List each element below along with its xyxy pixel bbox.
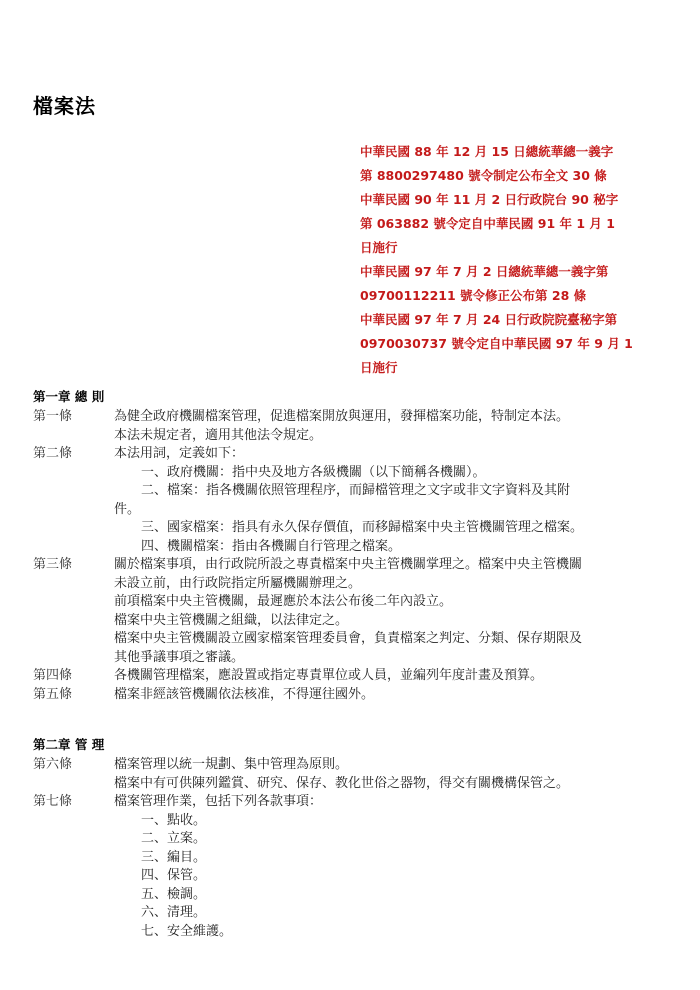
list-item: 一、點收。 [114,812,673,831]
history-line: 中華民國 97 年 7 月 2 日總統華總一義字第 [360,260,650,284]
article-label: 第七條 [33,793,114,941]
paragraph: 未設立前，由行政院指定所屬機關辦理之。 [114,575,673,594]
definition-item: 一、政府機關：指中央及地方各級機關（以下簡稱各機關）。 [114,464,673,483]
paragraph: 檔案中央主管機關之組織，以法律定之。 [114,612,673,631]
article-label: 第四條 [33,667,114,686]
list-item: 六、清理。 [114,904,673,923]
article-text: 為健全政府機關檔案管理，促進檔案開放與運用，發揮檔案功能，特制定本法。 本法未規… [114,408,673,445]
history-line: 中華民國 97 年 7 月 24 日行政院院臺秘字第 [360,308,650,332]
paragraph: 關於檔案事項，由行政院所設之專責檔案中央主管機關掌理之。檔案中央主管機關 [114,556,673,575]
definition-item: 四、機關檔案：指由各機關自行管理之檔案。 [114,538,673,557]
history-line: 中華民國 88 年 12 月 15 日總統華總一義字 [360,140,650,164]
law-body: 第一章 總 則 第一條 為健全政府機關檔案管理，促進檔案開放與運用，發揮檔案功能… [33,386,673,941]
paragraph: 各機關管理檔案，應設置或指定專責單位或人員，並編列年度計畫及預算。 [114,667,673,686]
paragraph: 檔案中有可供陳列鑑賞、研究、保存、教化世俗之器物，得交有關機構保管之。 [114,775,673,794]
paragraph: 前項檔案中央主管機關，最遲應於本法公布後二年內設立。 [114,593,673,612]
article-label: 第三條 [33,556,114,667]
document-title: 檔案法 [33,90,96,119]
article-label: 第一條 [33,408,114,445]
history-line: 日施行 [360,236,650,260]
paragraph: 其他爭議事項之審議。 [114,649,673,668]
article-7: 第七條 檔案管理作業，包括下列各款事項： 一、點收。 二、立案。 三、編目。 四… [33,793,673,941]
article-text: 檔案管理作業，包括下列各款事項： 一、點收。 二、立案。 三、編目。 四、保管。… [114,793,673,941]
history-line: 第 8800297480 號令制定公布全文 30 條 [360,164,650,188]
article-text: 本法用詞，定義如下： 一、政府機關：指中央及地方各級機關（以下簡稱各機關）。 二… [114,445,673,556]
list-item: 五、檢調。 [114,886,673,905]
paragraph: 本法用詞，定義如下： [114,445,673,464]
paragraph: 檔案管理作業，包括下列各款事項： [114,793,673,812]
article-label: 第六條 [33,756,114,793]
article-6: 第六條 檔案管理以統一規劃、集中管理為原則。 檔案中有可供陳列鑑賞、研究、保存、… [33,756,673,793]
paragraph: 檔案中央主管機關設立國家檔案管理委員會，負責檔案之判定、分類、保存期限及 [114,630,673,649]
article-5: 第五條 檔案非經該管機關依法核准，不得運往國外。 [33,686,673,705]
list-item: 七、安全維護。 [114,923,673,942]
list-item: 四、保管。 [114,867,673,886]
article-text: 關於檔案事項，由行政院所設之專責檔案中央主管機關掌理之。檔案中央主管機關 未設立… [114,556,673,667]
paragraph: 本法未規定者，適用其他法令規定。 [114,427,673,446]
chapter-spacer [33,704,673,734]
chapter-heading: 第一章 總 則 [33,386,673,408]
history-line: 日施行 [360,356,650,380]
article-text: 檔案非經該管機關依法核准，不得運往國外。 [114,686,673,705]
history-line: 第 063882 號令定自中華民國 91 年 1 月 1 [360,212,650,236]
history-line: 0970030737 號令定自中華民國 97 年 9 月 1 [360,332,650,356]
article-2: 第二條 本法用詞，定義如下： 一、政府機關：指中央及地方各級機關（以下簡稱各機關… [33,445,673,556]
definition-item: 三、國家檔案：指具有永久保存價值，而移歸檔案中央主管機關管理之檔案。 [114,519,673,538]
paragraph: 檔案管理以統一規劃、集中管理為原則。 [114,756,673,775]
history-line: 09700112211 號令修正公布第 28 條 [360,284,650,308]
article-3: 第三條 關於檔案事項，由行政院所設之專責檔案中央主管機關掌理之。檔案中央主管機關… [33,556,673,667]
paragraph: 檔案非經該管機關依法核准，不得運往國外。 [114,686,673,705]
definition-item-continued: 件。 [114,501,673,520]
definition-item: 二、檔案：指各機關依照管理程序，而歸檔管理之文字或非文字資料及其附 [114,482,673,501]
article-1: 第一條 為健全政府機關檔案管理，促進檔案開放與運用，發揮檔案功能，特制定本法。 … [33,408,673,445]
list-item: 二、立案。 [114,830,673,849]
article-label: 第二條 [33,445,114,556]
legislative-history: 中華民國 88 年 12 月 15 日總統華總一義字 第 8800297480 … [360,140,650,380]
history-line: 中華民國 90 年 11 月 2 日行政院台 90 秘字 [360,188,650,212]
paragraph: 為健全政府機關檔案管理，促進檔案開放與運用，發揮檔案功能，特制定本法。 [114,408,673,427]
list-item: 三、編目。 [114,849,673,868]
article-4: 第四條 各機關管理檔案，應設置或指定專責單位或人員，並編列年度計畫及預算。 [33,667,673,686]
article-label: 第五條 [33,686,114,705]
article-text: 檔案管理以統一規劃、集中管理為原則。 檔案中有可供陳列鑑賞、研究、保存、教化世俗… [114,756,673,793]
article-text: 各機關管理檔案，應設置或指定專責單位或人員，並編列年度計畫及預算。 [114,667,673,686]
chapter-heading: 第二章 管 理 [33,734,673,756]
